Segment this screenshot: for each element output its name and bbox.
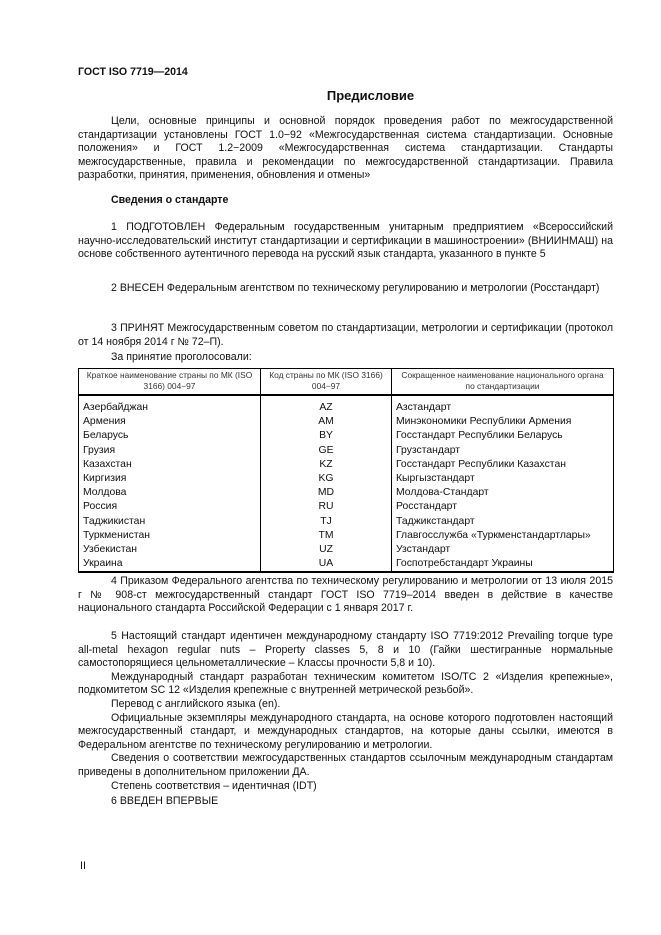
cell-country-code: TM	[261, 529, 392, 543]
cell-country-name: Украина	[79, 557, 261, 572]
item-1: 1 ПОДГОТОВЛЕН Федеральным государственны…	[78, 221, 613, 262]
item-6-text: 6 ВВЕДЕН ВПЕРВЫЕ	[78, 795, 613, 809]
cell-country-name: Армения	[79, 415, 261, 429]
item-3-text: 3 ПРИНЯТ Межгосударственным советом по с…	[78, 322, 613, 349]
table-row: МолдоваMDМолдова-Стандарт	[79, 486, 614, 500]
table-row: БеларусьBYГосстандарт Республики Беларус…	[79, 429, 614, 443]
item-6: 6 ВВЕДЕН ВПЕРВЫЕ	[78, 795, 613, 809]
header-country-name: Краткое наименование страны по МК (ISO 3…	[79, 369, 261, 396]
table-row: КиргизияKGКыргызстандарт	[79, 472, 614, 486]
item-5-copies-text: Официальные экземпляры международного ст…	[78, 712, 613, 753]
item-1-text: 1 ПОДГОТОВЛЕН Федеральным государственны…	[78, 221, 613, 262]
item-5-translation-text: Перевод с английского языка (en).	[78, 698, 613, 712]
item-2: 2 ВНЕСЕН Федеральным агентством по техни…	[78, 282, 613, 296]
table-row: АрменияAMМинэкономики Республики Армения	[79, 415, 614, 429]
item-2-text: 2 ВНЕСЕН Федеральным агентством по техни…	[78, 282, 613, 296]
section-heading: Сведения о стандарте	[78, 194, 613, 208]
page-number: II	[80, 860, 86, 874]
cell-country-code: RU	[261, 500, 392, 514]
cell-country-name: Азербайджан	[79, 395, 261, 415]
item-5: 5 Настоящий стандарт идентичен междунаро…	[78, 630, 613, 793]
intro-text: Цели, основные принципы и основной поряд…	[78, 115, 613, 183]
cell-country-code: BY	[261, 429, 392, 443]
table-row: ТаджикистанTJТаджикстандарт	[79, 515, 614, 529]
cell-standards-body: Узстандарт	[392, 543, 614, 557]
item-5-degree-text: Степень соответствия – идентичная (IDT)	[78, 780, 613, 794]
cell-country-code: UA	[261, 557, 392, 572]
table-row: УкраинаUAГоспотребстандарт Украины	[79, 557, 614, 572]
cell-standards-body: Госстандарт Республики Казахстан	[392, 458, 614, 472]
item-4-text: 4 Приказом Федерального агентства по тех…	[78, 575, 613, 616]
page-title: Предисловие	[0, 89, 661, 103]
voting-countries-table: Краткое наименование страны по МК (ISO 3…	[78, 368, 614, 573]
table-header-row: Краткое наименование страны по МК (ISO 3…	[79, 369, 614, 396]
item-4: 4 Приказом Федерального агентства по тех…	[78, 575, 613, 616]
cell-standards-body: Госпотребстандарт Украины	[392, 557, 614, 572]
cell-standards-body: Росстандарт	[392, 500, 614, 514]
section-heading-text: Сведения о стандарте	[78, 194, 613, 208]
item-5-refs-text: Сведения о соответствии межгосударственн…	[78, 752, 613, 779]
cell-country-name: Казахстан	[79, 458, 261, 472]
cell-standards-body: Кыргызстандарт	[392, 472, 614, 486]
table-row: ГрузияGEГрузстандарт	[79, 444, 614, 458]
cell-standards-body: Грузстандарт	[392, 444, 614, 458]
table-row: РоссияRUРосстандарт	[79, 500, 614, 514]
header-country-code: Код страны по МК (ISO 3166) 004−97	[261, 369, 392, 396]
cell-country-name: Грузия	[79, 444, 261, 458]
cell-country-code: KG	[261, 472, 392, 486]
cell-country-code: AM	[261, 415, 392, 429]
cell-country-code: MD	[261, 486, 392, 500]
item-3: 3 ПРИНЯТ Межгосударственным советом по с…	[78, 322, 613, 349]
cell-country-name: Киргизия	[79, 472, 261, 486]
cell-standards-body: Главгосслужба «Туркменстандартлары»	[392, 529, 614, 543]
cell-standards-body: Минэкономики Республики Армения	[392, 415, 614, 429]
table-row: АзербайджанAZАзстандарт	[79, 395, 614, 415]
item-5-tc-text: Международный стандарт разработан технич…	[78, 671, 613, 698]
vote-label-text: За принятие проголосовали:	[78, 351, 613, 365]
cell-standards-body: Азстандарт	[392, 395, 614, 415]
cell-country-name: Беларусь	[79, 429, 261, 443]
cell-country-name: Молдова	[79, 486, 261, 500]
cell-country-name: Узбекистан	[79, 543, 261, 557]
table-row: ТуркменистанTMГлавгосслужба «Туркменстан…	[79, 529, 614, 543]
vote-label: За принятие проголосовали:	[78, 351, 613, 365]
table-row: УзбекистанUZУзстандарт	[79, 543, 614, 557]
cell-country-code: GE	[261, 444, 392, 458]
cell-country-name: Россия	[79, 500, 261, 514]
cell-country-code: AZ	[261, 395, 392, 415]
intro-paragraph: Цели, основные принципы и основной поряд…	[78, 115, 613, 183]
cell-standards-body: Молдова-Стандарт	[392, 486, 614, 500]
cell-country-name: Туркменистан	[79, 529, 261, 543]
table-row: КазахстанKZГосстандарт Республики Казахс…	[79, 458, 614, 472]
header-standards-body: Сокращенное наименование национального о…	[392, 369, 614, 396]
cell-country-name: Таджикистан	[79, 515, 261, 529]
cell-country-code: KZ	[261, 458, 392, 472]
cell-standards-body: Таджикстандарт	[392, 515, 614, 529]
cell-country-code: TJ	[261, 515, 392, 529]
cell-standards-body: Госстандарт Республики Беларусь	[392, 429, 614, 443]
cell-country-code: UZ	[261, 543, 392, 557]
item-5-text: 5 Настоящий стандарт идентичен междунаро…	[78, 630, 613, 671]
document-id-header: ГОСТ ISO 7719—2014	[78, 66, 188, 80]
